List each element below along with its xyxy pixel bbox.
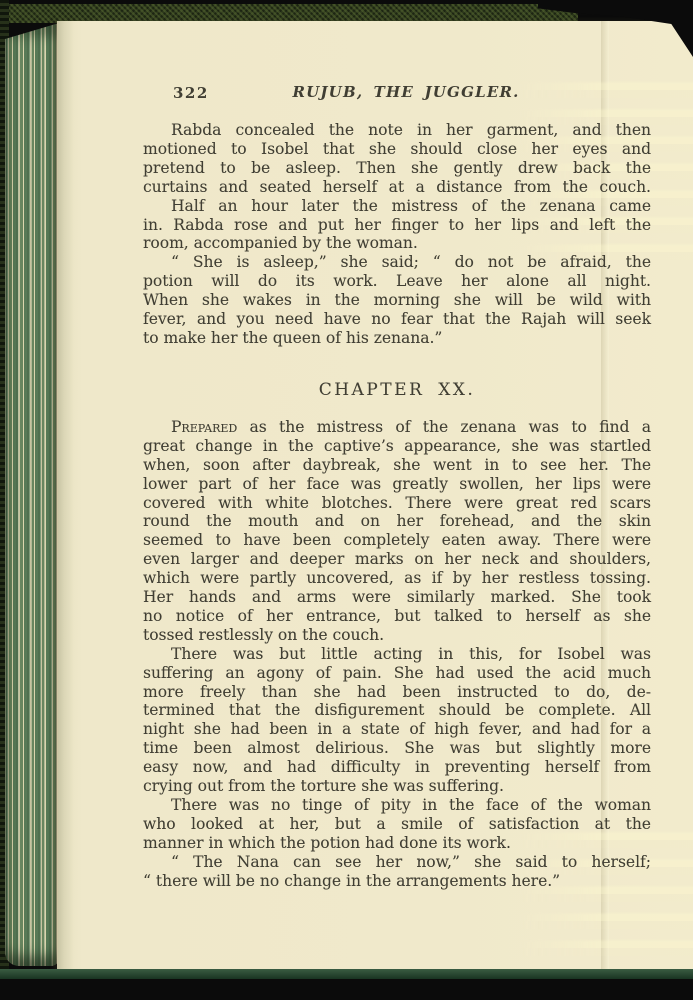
text-line: night she had been in a state of high fe… bbox=[143, 720, 651, 739]
text-line: curtains and seated herself at a distanc… bbox=[143, 178, 651, 197]
text-line: tossed restlessly on the couch. bbox=[143, 626, 651, 645]
text-line: easy now, and had difficulty in preventi… bbox=[143, 758, 651, 777]
text-line: when, soon after daybreak, she went in t… bbox=[143, 456, 651, 475]
paragraph: Prepared as the mistress of the zenana w… bbox=[143, 418, 651, 645]
text-line: no notice of her entrance, but talked to… bbox=[143, 607, 651, 626]
text-line: manner in which the potion had done its … bbox=[143, 834, 651, 853]
text-line: potion will do its work. Leave her alone… bbox=[143, 272, 651, 291]
page-gutter-shadow bbox=[58, 21, 74, 972]
book-photo: 322 RUJUB, THE JUGGLER. Rabda concealed … bbox=[0, 0, 693, 1000]
bottom-black-band bbox=[0, 979, 693, 1000]
text-line: room, accompanied by the woman. bbox=[143, 234, 651, 253]
book-page: 322 RUJUB, THE JUGGLER. Rabda concealed … bbox=[57, 21, 693, 972]
paragraph: “ The Nana can see her now,” she said to… bbox=[143, 853, 651, 891]
smallcaps-word: Prepared bbox=[171, 418, 237, 436]
text-line: There was no tinge of pity in the face o… bbox=[143, 796, 651, 815]
text-line: in. Rabda rose and put her finger to her… bbox=[143, 216, 651, 235]
text-line: “ there will be no change in the arrange… bbox=[143, 872, 651, 891]
page-edges-stack bbox=[5, 23, 59, 966]
text-line: Prepared as the mistress of the zenana w… bbox=[143, 418, 651, 437]
text-line: great change in the captive’s appearance… bbox=[143, 437, 651, 456]
text-line: to make her the queen of his zenana.” bbox=[143, 329, 651, 348]
text-line: suffering an agony of pain. She had used… bbox=[143, 664, 651, 683]
page-text: Rabda concealed the note in her garment,… bbox=[143, 121, 651, 891]
text-line: pretend to be asleep. Then she gently dr… bbox=[143, 159, 651, 178]
text-line: “ The Nana can see her now,” she said to… bbox=[143, 853, 651, 872]
text-line: Half an hour later the mistress of the z… bbox=[143, 197, 651, 216]
text-line: When she wakes in the morning she will b… bbox=[143, 291, 651, 310]
text-line: covered with white blotches. There were … bbox=[143, 494, 651, 513]
text-line: lower part of her face was greatly swoll… bbox=[143, 475, 651, 494]
text-line: Her hands and arms were similarly marked… bbox=[143, 588, 651, 607]
paragraph: Rabda concealed the note in her garment,… bbox=[143, 121, 651, 197]
paragraph: There was no tinge of pity in the face o… bbox=[143, 796, 651, 853]
running-title: RUJUB, THE JUGGLER. bbox=[152, 83, 660, 101]
text-line: even larger and deeper marks on her neck… bbox=[143, 550, 651, 569]
text-line: who looked at her, but a smile of satisf… bbox=[143, 815, 651, 834]
text-line: fever, and you need have no fear that th… bbox=[143, 310, 651, 329]
text-line: termined that the disfigurement should b… bbox=[143, 701, 651, 720]
paragraph: Half an hour later the mistress of the z… bbox=[143, 197, 651, 254]
text-line: motioned to Isobel that she should close… bbox=[143, 140, 651, 159]
text-line: seemed to have been completely eaten awa… bbox=[143, 531, 651, 550]
page-header: 322 RUJUB, THE JUGGLER. bbox=[143, 83, 651, 103]
text-line: “ She is asleep,” she said; “ do not be … bbox=[143, 253, 651, 272]
text-line: crying out from the torture she was suff… bbox=[143, 777, 651, 796]
text-line: time been almost delirious. She was but … bbox=[143, 739, 651, 758]
text-line: Rabda concealed the note in her garment,… bbox=[143, 121, 651, 140]
paragraph: There was but little acting in this, for… bbox=[143, 645, 651, 796]
text-line: more freely than she had been instructed… bbox=[143, 683, 651, 702]
paragraph: “ She is asleep,” she said; “ do not be … bbox=[143, 253, 651, 348]
chapter-heading: CHAPTER XX. bbox=[143, 379, 651, 401]
text-line: round the mouth and on her forehead, and… bbox=[143, 512, 651, 531]
text-line: There was but little acting in this, for… bbox=[143, 645, 651, 664]
text-line: which were partly uncovered, as if by he… bbox=[143, 569, 651, 588]
